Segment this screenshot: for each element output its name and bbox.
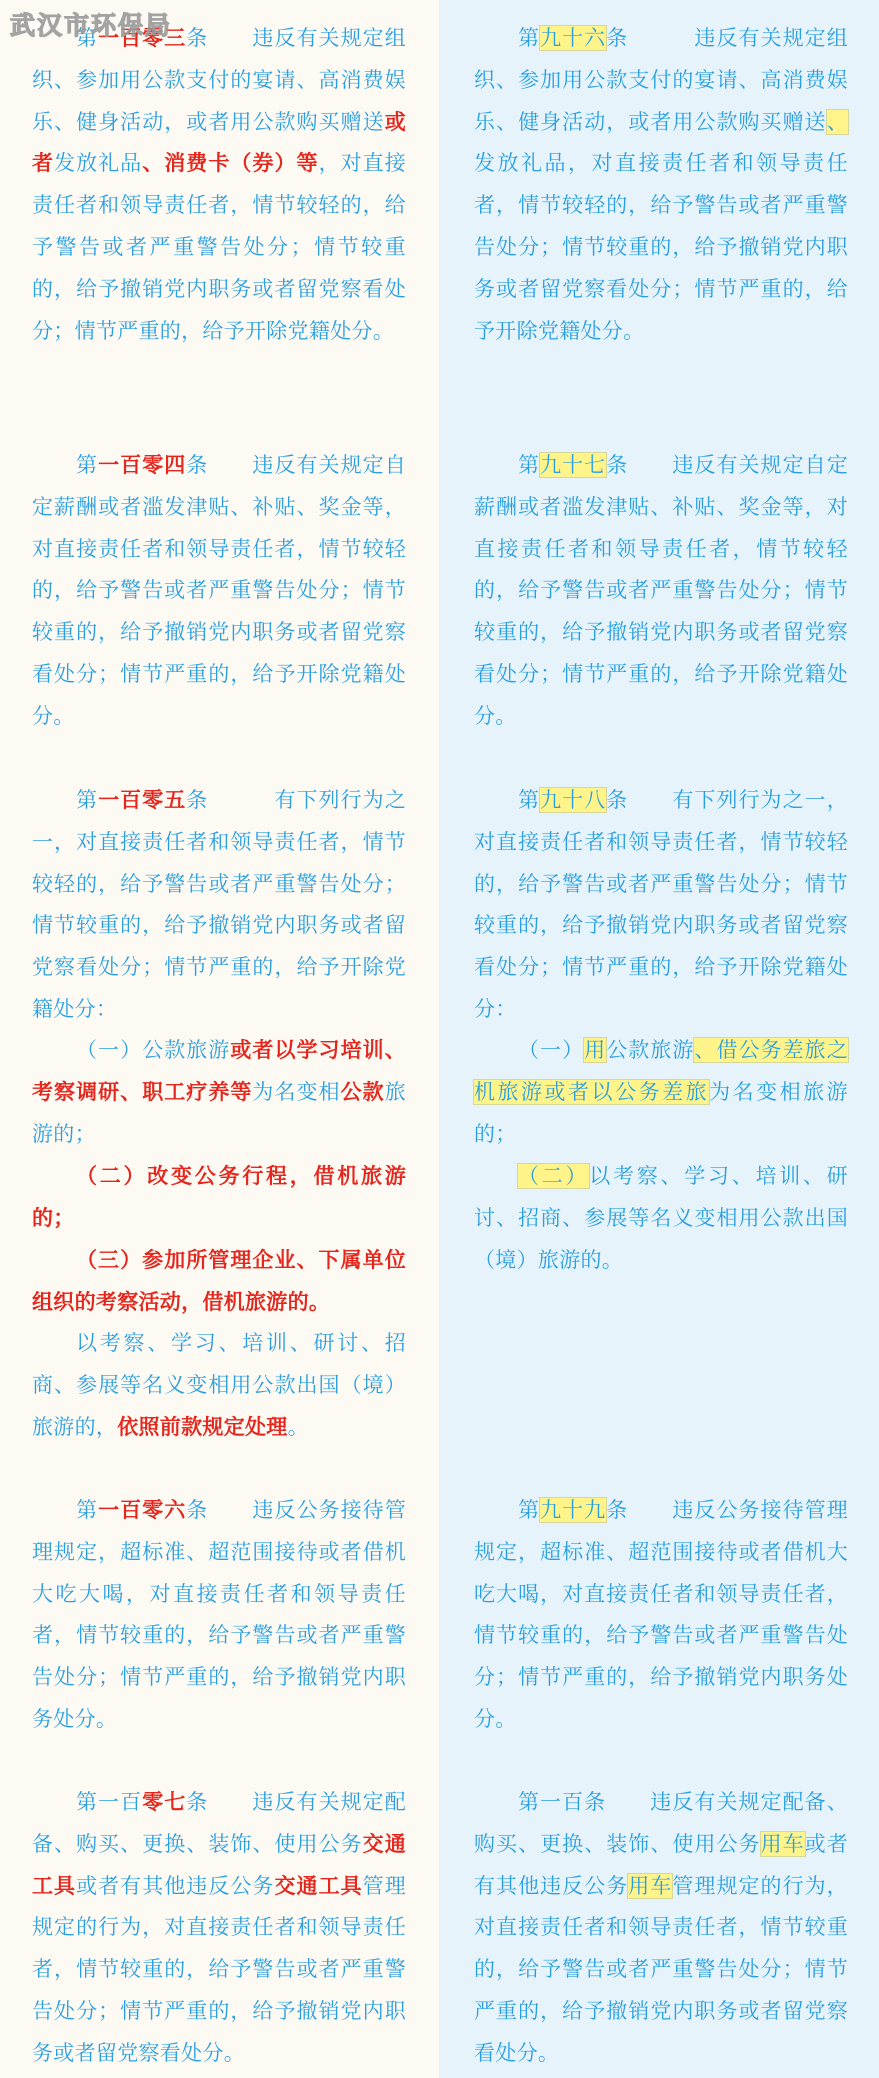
paragraph-text: 第九十六条 违反有关规定组织、参加用公款支付的宴请、高消费娱乐、健身活动，或者用… [474, 18, 848, 352]
body-text: 条 违反有关规定自定薪酬或者滥发津贴、补贴、奖金等，对直接责任者和领导责任者，情… [474, 453, 848, 728]
article-paragraph: 以考察、学习、培训、研讨、招商、参展等名义变相用公款出国（境）旅游的，依照前款规… [32, 1323, 406, 1448]
highlighted-text: 九十六 [540, 26, 606, 50]
body-text: 为名变相 [252, 1080, 340, 1104]
paragraph-text: 第一百零七条 违反有关规定配备、购买、更换、装饰、使用公务交通工具或者有其他违反… [32, 1782, 406, 2075]
highlighted-text: 、 [827, 110, 848, 134]
body-text: 管理规定的行为，对直接责任者和领导责任者，情节较重的，给予警告或者严重警告处分；… [32, 1874, 406, 2065]
paragraph-text: （三）参加所管理企业、下属单位组织的考察活动，借机旅游的。 [32, 1240, 406, 1324]
article-paragraph: 第一百条 违反有关规定配备、购买、更换、装饰、使用公务用车或者有其他违反公务用车… [474, 1782, 848, 2075]
highlighted-text: 九十八 [540, 788, 606, 812]
paragraph-text: 第一百零六条 违反公务接待管理规定，超标准、超范围接待或者借机大吃大喝，对直接责… [32, 1490, 406, 1741]
body-text: 第 [76, 788, 98, 812]
body-text: 发放礼品，对直接责任者和领导责任者，情节较轻的，给予警告或者严重警告处分；情节较… [474, 151, 848, 342]
article-paragraph: （二）改变公务行程，借机旅游的； [32, 1156, 406, 1240]
paragraph-text: （二）改变公务行程，借机旅游的； [32, 1156, 406, 1240]
body-text: （一）公款旅游 [76, 1038, 230, 1062]
paragraph-text: 第一百零四条 违反有关规定自定薪酬或者滥发津贴、补贴、奖金等，对直接责任者和领导… [32, 445, 406, 738]
body-text: 条 违反有关规定自定薪酬或者滥发津贴、补贴、奖金等，对直接责任者和领导责任者，情… [32, 453, 406, 728]
body-text: 条 有下列行为之一，对直接责任者和领导责任者，情节较轻的，给予警告或者严重警告处… [32, 788, 406, 1021]
article-paragraph: 第九十六条 违反有关规定组织、参加用公款支付的宴请、高消费娱乐、健身活动，或者用… [474, 18, 848, 352]
paragraph-text: 第九十七条 违反有关规定自定薪酬或者滥发津贴、补贴、奖金等，对直接责任者和领导责… [474, 445, 848, 738]
body-text: 管理规定的行为，对直接责任者和领导责任者，情节较重的，给予警告或者严重警告处分；… [474, 1874, 848, 2065]
highlighted-text: 九十七 [540, 453, 606, 477]
article-paragraph: （一）用公款旅游、借公务差旅之机旅游或者以公务差旅为名变相旅游的； [474, 1030, 848, 1155]
emphasis-text: （三）参加所管理企业、下属单位组织的考察活动，借机旅游的。 [32, 1248, 406, 1314]
emphasis-text: 依照前款规定处理 [117, 1415, 287, 1439]
highlighted-text: 用车 [628, 1874, 672, 1898]
new-regulations-column: 第一百零三条 违反有关规定组织、参加用公款支付的宴请、高消费娱乐、健身活动，或者… [0, 0, 440, 2078]
article-paragraph: 第九十七条 违反有关规定自定薪酬或者滥发津贴、补贴、奖金等，对直接责任者和领导责… [474, 445, 848, 738]
emphasis-text: 公款 [341, 1080, 385, 1104]
paragraph-text: 第一百条 违反有关规定配备、购买、更换、装饰、使用公务用车或者有其他违反公务用车… [474, 1782, 848, 2075]
emphasis-text: 、消费卡（券）等 [142, 151, 318, 175]
body-text: 第 [518, 26, 540, 50]
body-text: 第 [518, 788, 540, 812]
body-text: 条 违反公务接待管理规定，超标准、超范围接待或者借机大吃大喝，对直接责任者和领导… [32, 1498, 406, 1731]
article-paragraph: （三）参加所管理企业、下属单位组织的考察活动，借机旅游的。 [32, 1240, 406, 1324]
paragraph-text: （二）以考察、学习、培训、研讨、招商、参展等名义变相用公款出国（境）旅游的。 [474, 1156, 848, 1281]
emphasis-text: （二）改变公务行程，借机旅游的； [32, 1164, 406, 1230]
emphasis-text: 一百零六 [98, 1498, 186, 1522]
body-text: 第 [76, 1498, 98, 1522]
body-text: 条 有下列行为之一，对直接责任者和领导责任者，情节较轻的，给予警告或者严重警告处… [474, 788, 848, 1021]
highlighted-text: 九十九 [540, 1498, 606, 1522]
body-text: ，对直接责任者和领导责任者，情节较轻的，给予警告或者严重警告处分；情节较重的，给… [32, 151, 406, 342]
highlighted-text: 用 [584, 1038, 606, 1062]
highlighted-text: 用车 [761, 1832, 805, 1856]
paragraph-text: 第九十九条 违反公务接待管理规定，超标准、超范围接待或者借机大吃大喝，对直接责任… [474, 1490, 848, 1741]
body-text: 第 [518, 453, 540, 477]
article-paragraph: （二）以考察、学习、培训、研讨、招商、参展等名义变相用公款出国（境）旅游的。 [474, 1156, 848, 1281]
body-text: 发放礼品 [54, 151, 142, 175]
emphasis-text: 交通工具 [274, 1874, 362, 1898]
article-paragraph: （一）公款旅游或者以学习培训、考察调研、职工疗养等为名变相公款旅游的； [32, 1030, 406, 1155]
paragraph-text: 第一百零五条 有下列行为之一，对直接责任者和领导责任者，情节较轻的，给予警告或者… [32, 780, 406, 1031]
paragraph-text: （一）公款旅游或者以学习培训、考察调研、职工疗养等为名变相公款旅游的； [32, 1030, 406, 1155]
highlighted-text: （二） [518, 1164, 589, 1188]
emphasis-text: 零七 [142, 1790, 186, 1814]
emphasis-text: 一百零五 [98, 788, 186, 812]
body-text: 或者有其他违反公务 [76, 1874, 274, 1898]
paragraph-text: 第九十八条 有下列行为之一，对直接责任者和领导责任者，情节较轻的，给予警告或者严… [474, 780, 848, 1031]
article-paragraph: 第一百零三条 违反有关规定组织、参加用公款支付的宴请、高消费娱乐、健身活动，或者… [32, 18, 406, 352]
body-text: 公款旅游 [606, 1038, 694, 1062]
article-paragraph: 第一百零七条 违反有关规定配备、购买、更换、装饰、使用公务交通工具或者有其他违反… [32, 1782, 406, 2075]
paragraph-text: 以考察、学习、培训、研讨、招商、参展等名义变相用公款出国（境）旅游的，依照前款规… [32, 1323, 406, 1448]
article-paragraph: 第九十八条 有下列行为之一，对直接责任者和领导责任者，情节较轻的，给予警告或者严… [474, 780, 848, 1031]
paragraph-text: 第一百零三条 违反有关规定组织、参加用公款支付的宴请、高消费娱乐、健身活动，或者… [32, 18, 406, 352]
body-text: 。 [288, 1415, 309, 1439]
body-text: 第 [76, 453, 98, 477]
old-regulations-column: 第九十六条 违反有关规定组织、参加用公款支付的宴请、高消费娱乐、健身活动，或者用… [440, 0, 879, 2078]
watermark-logo: 武汉市环保局 [10, 6, 172, 42]
article-paragraph: 第一百零四条 违反有关规定自定薪酬或者滥发津贴、补贴、奖金等，对直接责任者和领导… [32, 445, 406, 738]
body-text: 第一百 [76, 1790, 142, 1814]
article-paragraph: 第九十九条 违反公务接待管理规定，超标准、超范围接待或者借机大吃大喝，对直接责任… [474, 1490, 848, 1741]
emphasis-text: 一百零四 [98, 453, 186, 477]
article-paragraph: 第一百零六条 违反公务接待管理规定，超标准、超范围接待或者借机大吃大喝，对直接责… [32, 1490, 406, 1741]
body-text: 条 违反公务接待管理规定，超标准、超范围接待或者借机大吃大喝，对直接责任者和领导… [474, 1498, 848, 1731]
body-text: （一） [518, 1038, 584, 1062]
article-paragraph: 第一百零五条 有下列行为之一，对直接责任者和领导责任者，情节较轻的，给予警告或者… [32, 780, 406, 1031]
body-text: 第 [518, 1498, 540, 1522]
paragraph-text: （一）用公款旅游、借公务差旅之机旅游或者以公务差旅为名变相旅游的； [474, 1030, 848, 1155]
